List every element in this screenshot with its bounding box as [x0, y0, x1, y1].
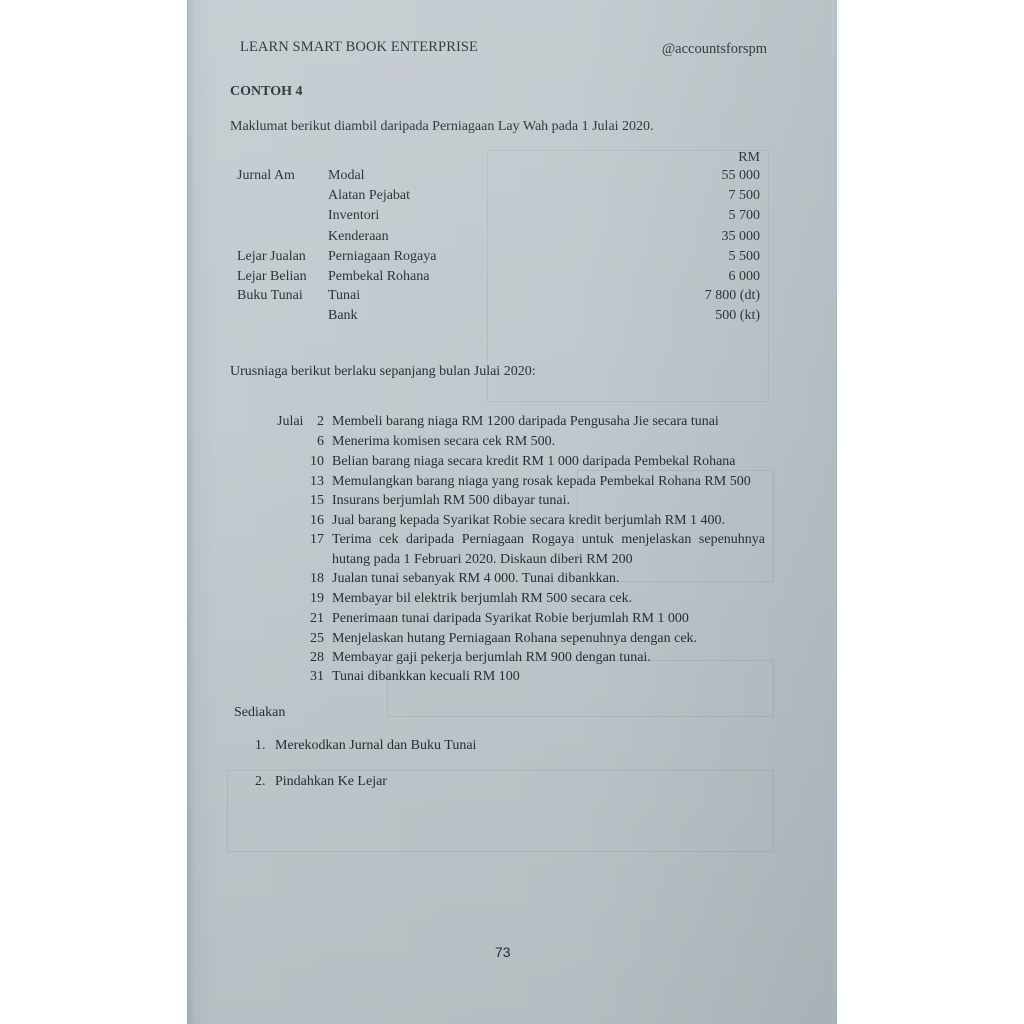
transaction-description: Jual barang kepada Syarikat Robie secara… [332, 511, 765, 531]
task-text: Merekodkan Jurnal dan Buku Tunai [275, 738, 476, 753]
transaction-description: Tunai dibankkan kecuali RM 100 [332, 667, 765, 687]
transaction-day: 16 [267, 511, 324, 531]
transaction-description: Penerimaan tunai daripada Syarikat Robie… [332, 609, 765, 629]
account-name: Bank [328, 308, 358, 324]
intro-text: Maklumat berikut diambil daripada Pernia… [230, 119, 654, 135]
account-name: Kenderaan [328, 229, 389, 245]
transaction-description: Membayar bil elektrik berjumlah RM 500 s… [332, 589, 765, 609]
transactions-intro: Urusniaga berikut berlaku sepanjang bula… [230, 364, 536, 380]
tasks-heading: Sediakan [234, 705, 285, 721]
account-name: Perniagaan Rogaya [328, 249, 436, 265]
transaction-day: 25 [267, 629, 324, 649]
book-name: Buku Tunai [237, 288, 303, 304]
social-handle: @accountsforspm [662, 41, 767, 58]
transaction-day: 6 [267, 432, 324, 452]
publisher-header: LEARN SMART BOOK ENTERPRISE [240, 39, 478, 56]
transaction-day: 17 [267, 530, 324, 550]
transaction-day: 31 [267, 667, 324, 687]
transaction-description: Belian barang niaga secara kredit RM 1 0… [332, 452, 765, 472]
amount: 35 000 [722, 229, 761, 245]
account-name: Pembekal Rohana [328, 269, 429, 285]
transaction-description: Insurans berjumlah RM 500 dibayar tunai. [332, 491, 765, 511]
section-title: CONTOH 4 [230, 84, 302, 100]
balance-row: Jurnal AmModal55 000 [237, 168, 760, 188]
page-number: 73 [495, 944, 511, 960]
task-text: Pindahkan Ke Lejar [275, 774, 387, 789]
amount: 55 000 [722, 168, 761, 184]
account-name: Inventori [328, 208, 379, 224]
transaction-description: Jualan tunai sebanyak RM 4 000. Tunai di… [332, 569, 765, 589]
transaction-description: Menerima komisen secara cek RM 500. [332, 432, 765, 452]
transaction-description: Memulangkan barang niaga yang rosak kepa… [332, 472, 765, 492]
account-name: Modal [328, 168, 365, 184]
task-number: 2. [255, 774, 275, 790]
transaction-day: 13 [267, 472, 324, 492]
balance-row: Buku TunaiTunai7 800 (dt) [237, 288, 760, 308]
balance-row: Lejar JualanPerniagaan Rogaya5 500 [237, 249, 760, 269]
book-name: Jurnal Am [237, 168, 295, 184]
balance-row: Lejar BelianPembekal Rohana6 000 [237, 269, 760, 289]
balance-row: Kenderaan35 000 [237, 229, 760, 249]
task-number: 1. [255, 738, 275, 754]
task-item: 1.Merekodkan Jurnal dan Buku Tunai [255, 738, 476, 754]
transaction-day: 10 [267, 452, 324, 472]
account-name: Alatan Pejabat [328, 188, 410, 204]
currency-header: RM [738, 150, 760, 166]
task-item: 2.Pindahkan Ke Lejar [255, 774, 387, 790]
transaction-description: Membayar gaji pekerja berjumlah RM 900 d… [332, 648, 765, 668]
book-page: LEARN SMART BOOK ENTERPRISE @accountsfor… [187, 0, 837, 1024]
transaction-day: 2 [267, 412, 324, 432]
transaction-day: 21 [267, 609, 324, 629]
balance-row: Bank500 (kt) [237, 308, 760, 328]
transaction-day: 19 [267, 589, 324, 609]
transaction-day: 18 [267, 569, 324, 589]
book-name: Lejar Jualan [237, 249, 306, 265]
transaction-description: Menjelaskan hutang Perniagaan Rohana sep… [332, 629, 765, 649]
transaction-description: Terima cek daripada Perniagaan Rogaya un… [332, 530, 765, 570]
amount: 7 800 (dt) [705, 288, 760, 304]
balance-row: Inventori5 700 [237, 208, 760, 228]
transaction-description: Membeli barang niaga RM 1200 daripada Pe… [332, 412, 765, 432]
amount: 500 (kt) [715, 308, 760, 324]
book-name: Lejar Belian [237, 269, 307, 285]
account-name: Tunai [328, 288, 360, 304]
amount: 5 500 [729, 249, 761, 265]
balance-row: Alatan Pejabat7 500 [237, 188, 760, 208]
amount: 7 500 [729, 188, 761, 204]
transaction-day: 15 [267, 491, 324, 511]
amount: 5 700 [729, 208, 761, 224]
amount: 6 000 [729, 269, 761, 285]
transaction-day: 28 [267, 648, 324, 668]
